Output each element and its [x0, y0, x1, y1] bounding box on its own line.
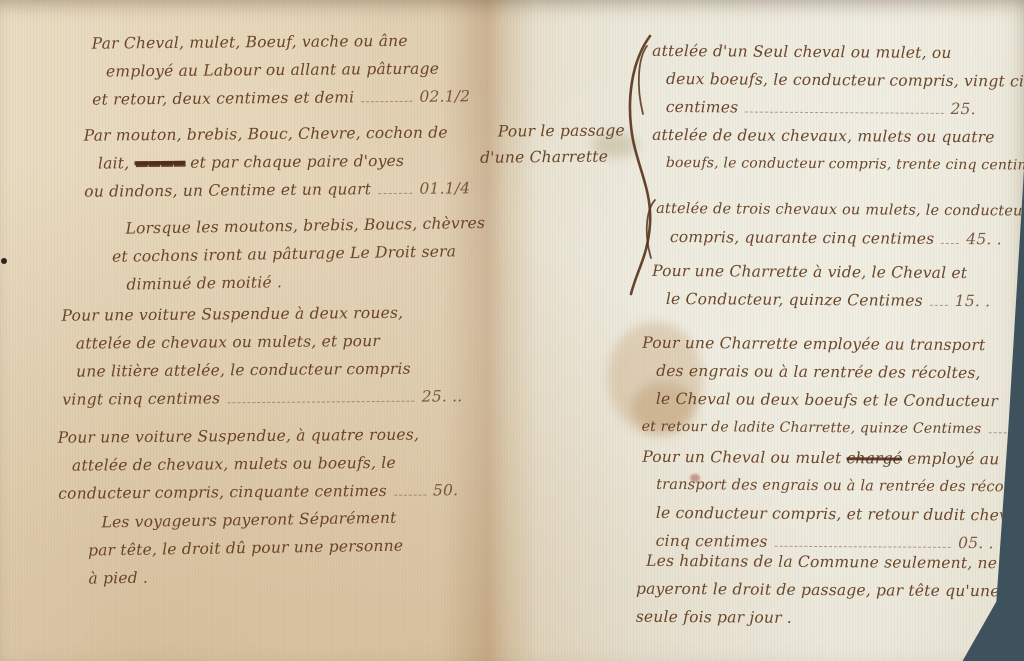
handwritten-line: attelée de deux chevaux, mulets ou quatr…: [652, 121, 974, 151]
note-habitants-commune: Les habitans de la Commune seulement, ne…: [646, 547, 991, 633]
handwritten-line: le conducteur compris, et retour dudit c…: [642, 499, 994, 529]
dash-leader: [378, 193, 412, 194]
handwritten-line: une litière attelée, le conducteur compr…: [62, 354, 462, 385]
dash-leader: [988, 432, 1006, 433]
handwritten-line: cinq centimes 05. .: [642, 527, 994, 557]
handwritten-line: à pied .: [88, 559, 418, 592]
handwritten-line: transport des engrais ou à la rentrée de…: [642, 471, 994, 501]
handwritten-line: Par mouton, brebis, Bouc, Chevre, cochon…: [84, 118, 470, 149]
tariff-entry-charrette-un-cheval: attelée d'un Seul cheval ou mulet, ou de…: [652, 37, 977, 123]
ink-stain: [632, 382, 696, 434]
paren-mark: [634, 44, 650, 116]
handwritten-line: attelée de chevaux ou mulets, et pour: [62, 326, 462, 357]
tariff-entry-charrette-engrais: Pour une Charrette employée au transport…: [642, 329, 995, 443]
handwritten-line: diminué de moitié .: [126, 265, 456, 298]
brace-label-passage-charrette: Pour le passage d'une Charrette: [498, 117, 625, 170]
ink-stain: [690, 474, 700, 482]
dash-leader: [227, 401, 414, 404]
fee-amount: 45. .: [966, 225, 1002, 253]
handwritten-line: Lorsque les moutons, brebis, Boucs, chèv…: [125, 209, 455, 242]
fee-amount: 25.: [950, 95, 975, 123]
handwritten-line: seule fois par jour .: [636, 603, 990, 633]
fee-amount: 15. .: [955, 287, 991, 315]
dash-leader: [361, 101, 412, 102]
handwritten-line: attelée de trois chevaux ou mulets, le c…: [656, 195, 972, 225]
fee-amount: 25. ..: [422, 382, 463, 410]
handwritten-line: lait, ▬▬▬▬ et par chaque paire d'oyes: [84, 146, 470, 177]
handwritten-line: Les voyageurs payeront Séparément: [87, 503, 417, 536]
handwritten-line: Pour un Cheval ou mulet chargé employé a…: [642, 443, 994, 473]
handwritten-line: Pour une Charrette à vide, le Cheval et: [652, 257, 976, 287]
handwritten-line: vingt cinq centimes 25. ..: [62, 382, 462, 413]
manuscript-paper: Par Cheval, mulet, Boeuf, vache ou âne e…: [0, 0, 1024, 661]
struck-word: chargé: [846, 449, 902, 467]
dash-leader: [775, 546, 952, 548]
tariff-entry-voiture-deux-roues: Pour une voiture Suspendue à deux roues,…: [62, 298, 463, 413]
handwritten-line: employé au Labour ou allant au pâturage: [92, 54, 470, 85]
handwritten-line: Pour le passage: [498, 117, 625, 144]
dash-leader: [394, 495, 426, 496]
handwritten-line: conducteur compris, cinquante centimes 5…: [58, 476, 458, 507]
handwritten-line: compris, quarante cinq centimes 45. .: [656, 223, 972, 253]
fee-amount: 01.1/4: [419, 174, 470, 202]
paper-speck: [1, 258, 7, 264]
handwritten-line: et retour, deux centimes et demi 02.1/2: [92, 82, 470, 113]
dash-leader: [930, 305, 948, 306]
handwritten-line: payeront le droit de passage, par tête q…: [636, 575, 990, 605]
handwritten-line: attelée de chevaux, mulets ou boeufs, le: [58, 448, 458, 479]
handwritten-line: par tête, le droit dû pour une personne: [88, 531, 418, 564]
handwritten-line: et retour de ladite Charrette, quinze Ce…: [642, 413, 994, 443]
handwritten-line: d'une Charrette: [480, 143, 625, 170]
tariff-entry-mouton-brebis: Par mouton, brebis, Bouc, Chevre, cochon…: [84, 118, 471, 205]
handwritten-line: boeufs, le conducteur compris, trente ci…: [652, 149, 974, 179]
handwritten-line: le Conducteur, quinze Centimes 15. .: [652, 285, 976, 315]
handwritten-line: Pour une voiture Suspendue à deux roues,: [62, 298, 462, 329]
handwritten-line: deux boeufs, le conducteur compris, ving…: [652, 65, 976, 95]
ink-stain: [608, 322, 703, 434]
handwritten-line: ou dindons, un Centime et un quart 01.1/…: [84, 174, 470, 205]
tariff-entry-cheval-engrais: Pour un Cheval ou mulet chargé employé a…: [642, 443, 995, 557]
note-voyageurs: Les voyageurs payeront Séparément par tê…: [87, 503, 418, 592]
fee-amount: 05. .: [958, 529, 994, 557]
tariff-entry-charrette-vide: Pour une Charrette à vide, le Cheval et …: [652, 257, 976, 315]
handwritten-line: centimes 25.: [652, 93, 976, 123]
fee-amount: 02.1/2: [419, 82, 470, 110]
note-paturage-reduction: Lorsque les moutons, brebis, Boucs, chèv…: [125, 209, 456, 298]
dash-leader: [745, 112, 943, 114]
fee-amount: 50.: [433, 476, 459, 504]
struck-word: ▬▬▬▬: [134, 154, 185, 172]
handwritten-line: attelée d'un Seul cheval ou mulet, ou: [652, 37, 976, 67]
handwritten-line: et cochons iront au pâturage Le Droit se…: [112, 237, 456, 270]
brace-mark: [618, 34, 660, 296]
handwritten-line: des engrais ou à la rentrée des récoltes…: [642, 357, 994, 387]
tariff-entry-charrette-deux-chevaux: attelée de deux chevaux, mulets ou quatr…: [652, 121, 974, 179]
tariff-entry-charrette-trois-chevaux: attelée de trois chevaux ou mulets, le c…: [656, 195, 972, 253]
handwritten-line: Les habitans de la Commune seulement, ne: [646, 547, 990, 577]
paren-mark: [642, 198, 658, 260]
handwritten-line: Par Cheval, mulet, Boeuf, vache ou âne: [92, 26, 470, 57]
tariff-entry-voiture-quatre-roues: Pour une voiture Suspendue, à quatre rou…: [58, 420, 459, 507]
fee-amount: 15.: [1013, 415, 1024, 443]
handwritten-line: Pour une Charrette employée au transport: [642, 329, 994, 359]
handwritten-line: le Cheval ou deux boeufs et le Conducteu…: [642, 385, 994, 415]
tariff-entry-cheval-labour: Par Cheval, mulet, Boeuf, vache ou âne e…: [92, 26, 471, 113]
dash-leader: [941, 243, 959, 244]
handwritten-line: Pour une voiture Suspendue, à quatre rou…: [58, 420, 458, 451]
ink-stain: [592, 132, 638, 158]
